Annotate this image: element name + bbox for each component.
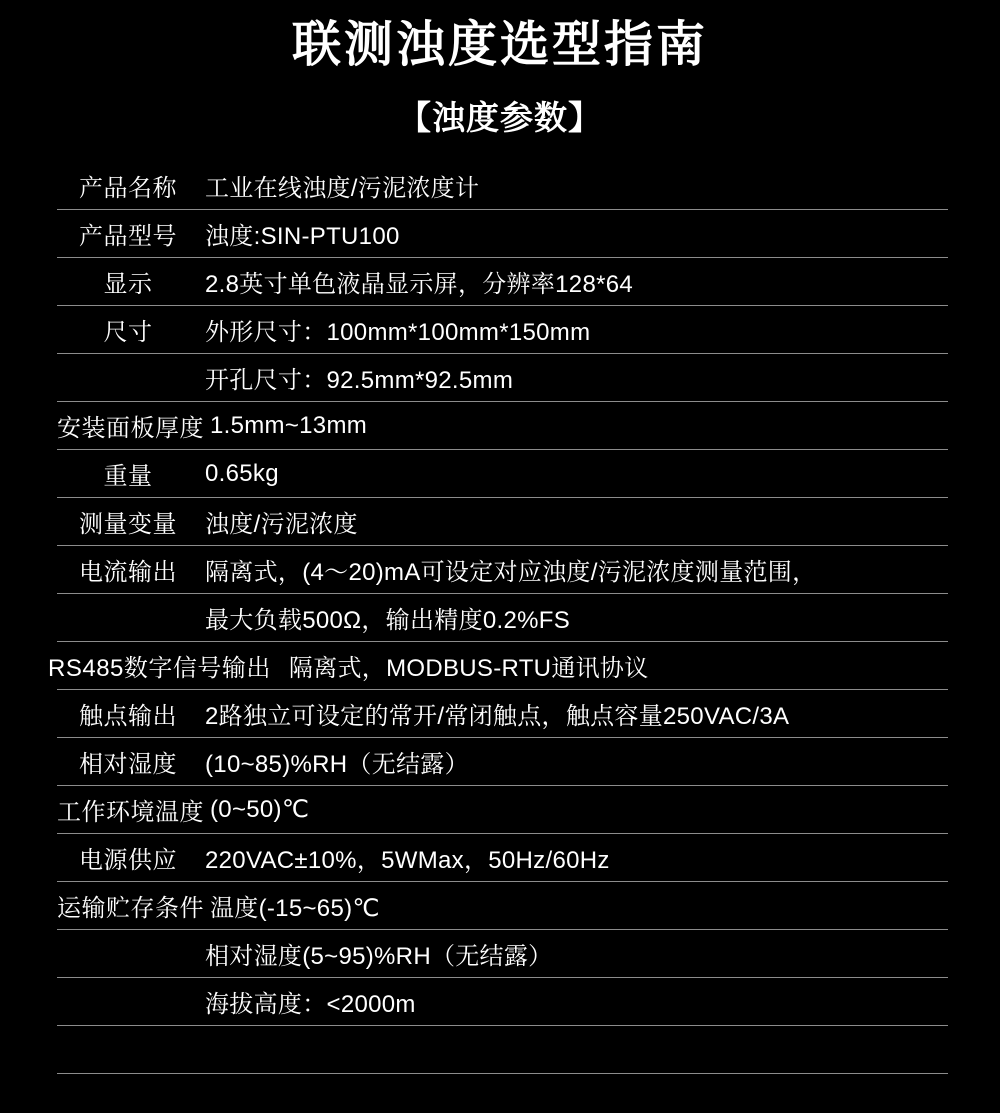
- row-label: 产品型号: [57, 216, 199, 251]
- row-label: 重量: [57, 456, 199, 491]
- row-value: 2路独立可设定的常开/常闭触点，触点容量250VAC/3A: [205, 696, 789, 731]
- row-label: 安装面板厚度: [57, 408, 204, 443]
- row-value: 温度(-15~65)℃: [210, 888, 380, 923]
- row-value: 1.5mm~13mm: [210, 412, 367, 440]
- page-subtitle: 【浊度参数】: [0, 98, 1000, 138]
- table-row: 海拔高度：<2000m: [57, 978, 948, 1026]
- table-row: 测量变量 浊度/污泥浓度: [57, 498, 948, 546]
- row-label: 尺寸: [57, 312, 199, 347]
- row-label: 测量变量: [57, 504, 199, 539]
- row-label: 工作环境温度: [57, 792, 204, 827]
- table-row: 开孔尺寸：92.5mm*92.5mm: [57, 354, 948, 402]
- row-label: 产品名称: [57, 168, 199, 203]
- row-value: 工业在线浊度/污泥浓度计: [205, 168, 479, 203]
- row-value: 2.8英寸单色液晶显示屏，分辨率128*64: [205, 264, 633, 299]
- row-value: 隔离式，(4～20)mA可设定对应浊度/污泥浓度测量范围，: [205, 552, 816, 587]
- table-row: 显示 2.8英寸单色液晶显示屏，分辨率128*64: [57, 258, 948, 306]
- row-value: 浊度:SIN-PTU100: [205, 216, 400, 251]
- table-row: RS485数字信号输出 隔离式，MODBUS-RTU通讯协议: [57, 642, 948, 690]
- row-label: 电源供应: [57, 840, 199, 875]
- row-value: (0~50)℃: [210, 795, 309, 824]
- table-row: 触点输出 2路独立可设定的常开/常闭触点，触点容量250VAC/3A: [57, 690, 948, 738]
- spec-table: 产品名称 工业在线浊度/污泥浓度计 产品型号 浊度:SIN-PTU100 显示 …: [57, 162, 948, 1074]
- row-value: 浊度/污泥浓度: [205, 504, 358, 539]
- table-row: 最大负载500Ω，输出精度0.2%FS: [57, 594, 948, 642]
- page-title: 联测浊度选型指南: [0, 0, 1000, 76]
- row-value: 220VAC±10%，5WMax，50Hz/60Hz: [205, 840, 610, 875]
- row-value: 隔离式，MODBUS-RTU通讯协议: [289, 648, 649, 683]
- row-value: (10~85)%RH（无结露）: [205, 744, 469, 779]
- table-row: 尺寸 外形尺寸：100mm*100mm*150mm: [57, 306, 948, 354]
- row-label: RS485数字信号输出: [48, 648, 271, 683]
- table-row: 重量 0.65kg: [57, 450, 948, 498]
- row-value: 外形尺寸：100mm*100mm*150mm: [205, 312, 590, 347]
- table-row: 电流输出 隔离式，(4～20)mA可设定对应浊度/污泥浓度测量范围，: [57, 546, 948, 594]
- row-label: 显示: [57, 264, 199, 299]
- table-row: 安装面板厚度 1.5mm~13mm: [57, 402, 948, 450]
- row-value: 0.65kg: [205, 460, 279, 488]
- table-row: 产品型号 浊度:SIN-PTU100: [57, 210, 948, 258]
- row-value: 最大负载500Ω，输出精度0.2%FS: [205, 600, 570, 635]
- row-label: 相对湿度: [57, 744, 199, 779]
- table-row: 工作环境温度 (0~50)℃: [57, 786, 948, 834]
- table-row: 电源供应 220VAC±10%，5WMax，50Hz/60Hz: [57, 834, 948, 882]
- table-row: [57, 1026, 948, 1074]
- row-label: 电流输出: [57, 552, 199, 587]
- table-row: 相对湿度(5~95)%RH（无结露）: [57, 930, 948, 978]
- table-row: 相对湿度 (10~85)%RH（无结露）: [57, 738, 948, 786]
- row-value: 海拔高度：<2000m: [205, 984, 416, 1019]
- table-row: 运输贮存条件 温度(-15~65)℃: [57, 882, 948, 930]
- row-value: 相对湿度(5~95)%RH（无结露）: [205, 936, 552, 971]
- row-label: 触点输出: [57, 696, 199, 731]
- row-label: 运输贮存条件: [57, 888, 204, 923]
- row-value: 开孔尺寸：92.5mm*92.5mm: [205, 360, 513, 395]
- table-row: 产品名称 工业在线浊度/污泥浓度计: [57, 162, 948, 210]
